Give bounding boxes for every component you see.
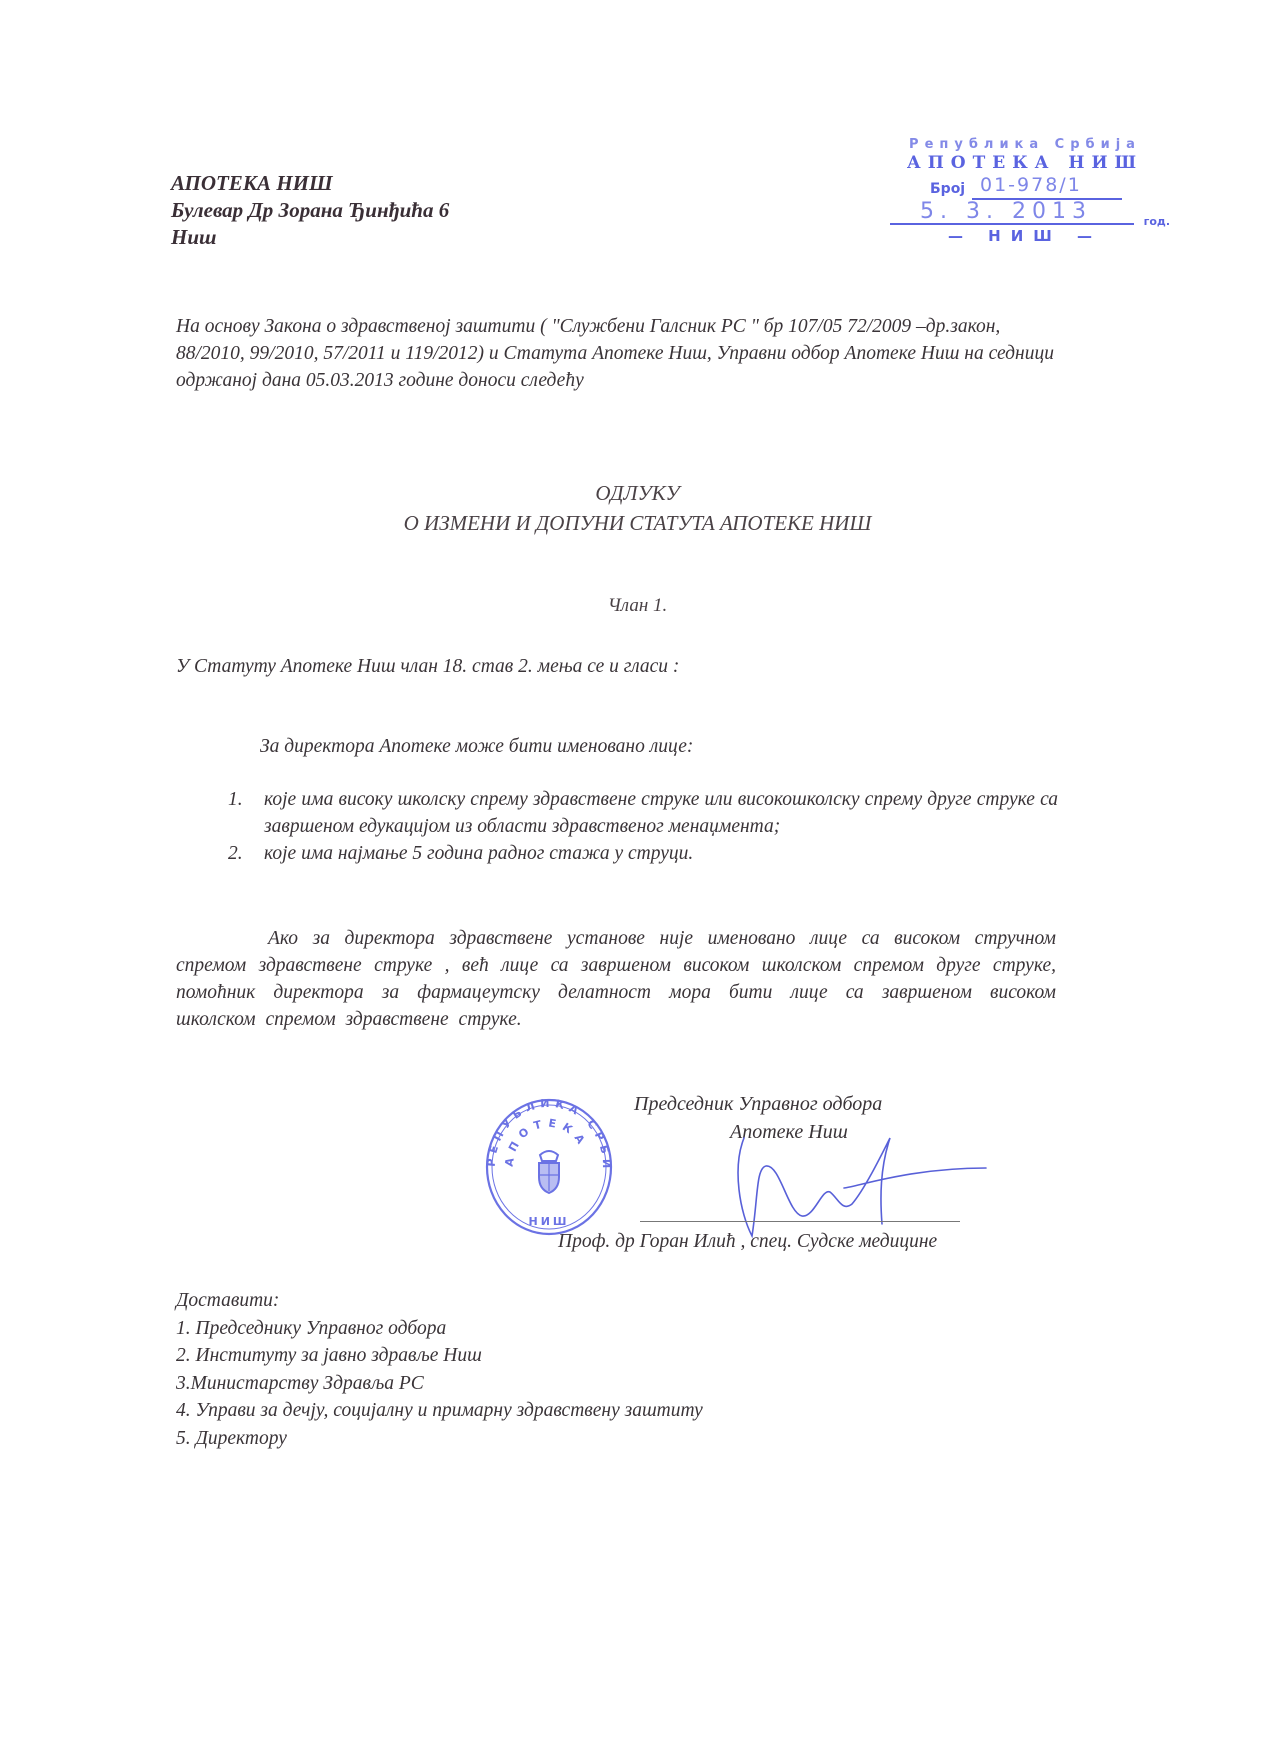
distribution-item: 2. Институту за јавно здравље Ниш xyxy=(176,1342,703,1370)
handwritten-signature-icon xyxy=(730,1128,1000,1243)
stamp-number-label: Број xyxy=(930,181,965,197)
article-heading: Члан 1. xyxy=(0,595,1275,617)
org-city: Ниш xyxy=(171,224,449,251)
round-seal-icon: РЕПУБЛИКА СРБИЈА АПОТЕКА НИШ xyxy=(484,1097,614,1237)
stamp-date-row: 5. 3. 2013 год. xyxy=(880,199,1170,225)
distribution-item: 3.Министарству Здравља РС xyxy=(176,1370,703,1398)
requirements-list: 1. које има високу школску спрему здравс… xyxy=(228,786,1058,867)
signatory-title-line-1: Председник Управног одбора xyxy=(634,1090,882,1118)
intro-paragraph: На основу Закона о здравственој заштити … xyxy=(176,313,1056,394)
seal-bottom-text: НИШ xyxy=(528,1215,569,1228)
document-title: ОДЛУКУ О ИЗМЕНИ И ДОПУНИ СТАТУТА АПОТЕКЕ… xyxy=(0,478,1275,538)
list-item: 1. које има високу школску спрему здравс… xyxy=(228,786,1058,840)
stamp-number-row: Број 01-978/1 xyxy=(880,173,1170,199)
svg-text:АПОТЕКА: АПОТЕКА xyxy=(503,1116,591,1167)
amendment-text: У Статуту Апотеке Ниш члан 18. став 2. м… xyxy=(176,653,679,680)
title-line-1: ОДЛУКУ xyxy=(0,478,1275,508)
stamp-date-value: 5. 3. 2013 xyxy=(920,199,1092,224)
distribution-list: Доставити: 1. Председнику Управног одбор… xyxy=(176,1287,703,1452)
seal-inner-text: АПОТЕКА xyxy=(503,1116,591,1167)
distribution-item: 5. Директору xyxy=(176,1425,703,1453)
registry-stamp: Република Србија АПОТЕКА НИШ Број 01-978… xyxy=(880,137,1170,245)
distribution-item: 4. Управи за дечју, социјалну и примарну… xyxy=(176,1397,703,1425)
letterhead: АПОТЕКА НИШ Булевар Др Зорана Ђинђића 6 … xyxy=(171,170,449,251)
title-line-2: О ИЗМЕНИ И ДОПУНИ СТАТУТА АПОТЕКЕ НИШ xyxy=(0,508,1275,538)
stamp-year-suffix: год. xyxy=(1144,215,1170,228)
list-item-number: 1. xyxy=(228,786,264,840)
director-lead: За директора Апотеке може бити именовано… xyxy=(260,733,693,760)
stamp-org: АПОТЕКА НИШ xyxy=(880,153,1170,173)
list-item-number: 2. xyxy=(228,840,264,867)
list-item-text: које има најмање 5 година радног стажа у… xyxy=(264,840,1058,867)
list-item: 2. које има најмање 5 година радног стаж… xyxy=(228,840,1058,867)
list-item-text: које има високу школску спрему здравстве… xyxy=(264,786,1058,840)
stamp-number-value: 01-978/1 xyxy=(980,174,1082,196)
org-name: АПОТЕКА НИШ xyxy=(171,170,449,197)
stamp-date-underline xyxy=(890,223,1134,225)
condition-text: Ако за директора здравствене установе ни… xyxy=(176,925,1056,1033)
condition-paragraph: Ако за директора здравствене установе ни… xyxy=(176,925,1056,1033)
stamp-city: — НИШ — xyxy=(880,227,1170,245)
distribution-heading: Доставити: xyxy=(176,1287,703,1315)
signature-line xyxy=(640,1221,960,1222)
org-address: Булевар Др Зорана Ђинђића 6 xyxy=(171,197,449,224)
distribution-item: 1. Председнику Управног одбора xyxy=(176,1315,703,1343)
signatory-name: Проф. др Горан Илић , спец. Судске медиц… xyxy=(558,1231,937,1253)
stamp-republic: Република Србија xyxy=(880,137,1170,152)
